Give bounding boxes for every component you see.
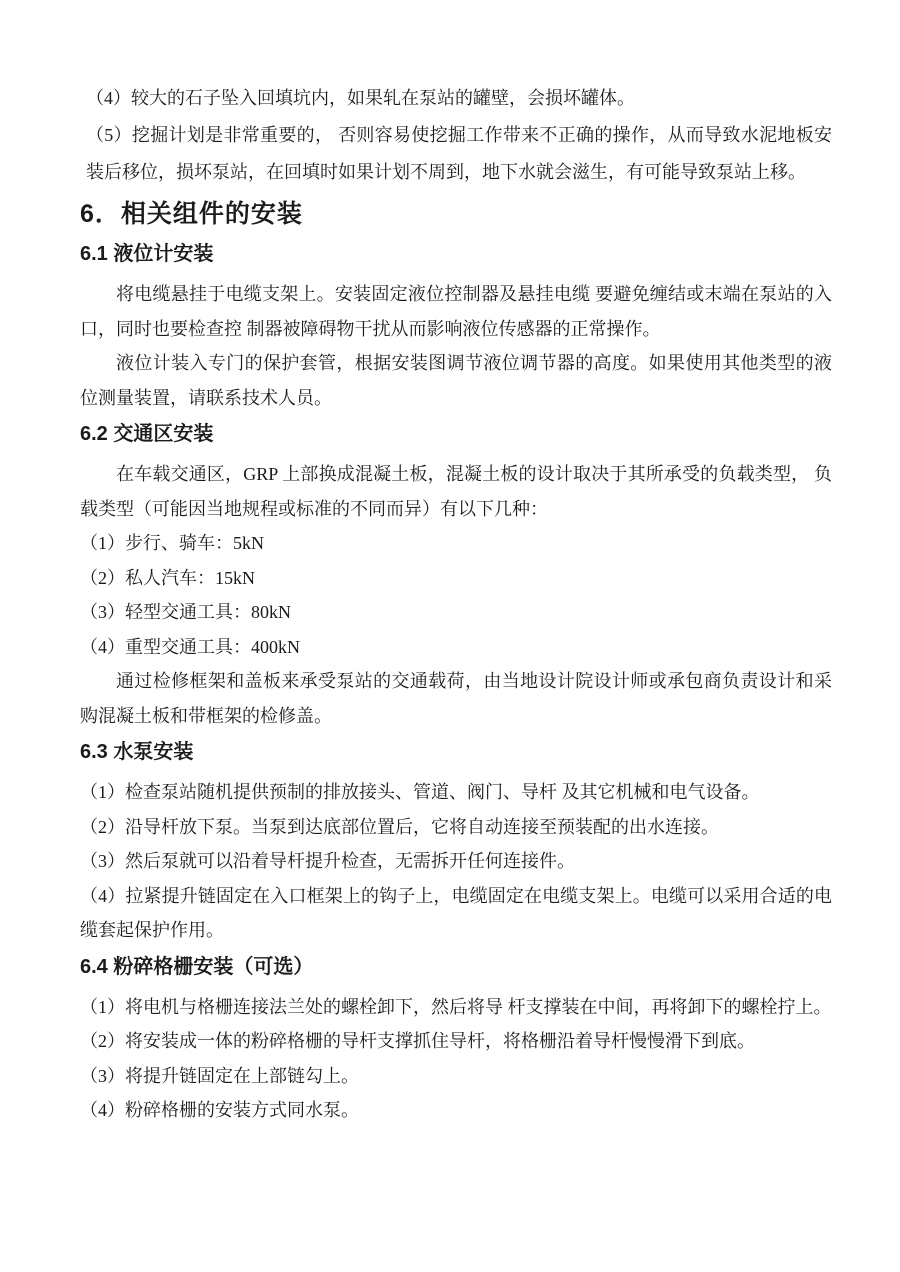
previous-section-items: （4）较大的石子坠入回填坑内，如果轧在泵站的罐壁，会损坏罐体。 （5）挖掘计划是… bbox=[80, 80, 832, 191]
list-item: （2）私人汽车：15kN bbox=[80, 561, 832, 596]
list-item: （2）将安装成一体的粉碎格栅的导杆支撑抓住导杆，将格栅沿着导杆慢慢滑下到底。 bbox=[80, 1024, 832, 1059]
list-item: （3）将提升链固定在上部链勾上。 bbox=[80, 1059, 832, 1094]
list-item: （3）然后泵就可以沿着导杆提升检查，无需拆开任何连接件。 bbox=[80, 844, 832, 879]
list-item: （2）沿导杆放下泵。当泵到达底部位置后，它将自动连接至预装配的出水连接。 bbox=[80, 810, 832, 845]
section-heading-6-1: 6.1 液位计安装 bbox=[80, 241, 832, 268]
list-item: （4）重型交通工具：400kN bbox=[80, 630, 832, 665]
load-type-list: （1）步行、骑车：5kN （2）私人汽车：15kN （3）轻型交通工具：80kN… bbox=[80, 526, 832, 664]
paragraph: 在车载交通区，GRP 上部换成混凝土板，混凝土板的设计取决于其所承受的负载类型，… bbox=[80, 457, 832, 526]
list-item: （4）拉紧提升链固定在入口框架上的钩子上，电缆固定在电缆支架上。电缆可以采用合适… bbox=[80, 879, 832, 948]
section-heading-6-3: 6.3 水泵安装 bbox=[80, 739, 832, 766]
paragraph: 通过检修框架和盖板来承受泵站的交通载荷，由当地设计院设计师或承包商负责设计和采购… bbox=[80, 664, 832, 733]
document-content: （4）较大的石子坠入回填坑内，如果轧在泵站的罐壁，会损坏罐体。 （5）挖掘计划是… bbox=[0, 0, 900, 1128]
list-item: （1）将电机与格栅连接法兰处的螺栓卸下，然后将导 杆支撑装在中间，再将卸下的螺栓… bbox=[80, 990, 832, 1025]
list-item: （1）步行、骑车：5kN bbox=[80, 526, 832, 561]
paragraph: 液位计装入专门的保护套管，根据安装图调节液位调节器的高度。如果使用其他类型的液位… bbox=[80, 346, 832, 415]
numbered-item: （4）较大的石子坠入回填坑内，如果轧在泵站的罐壁，会损坏罐体。 bbox=[80, 80, 832, 117]
pump-install-steps: （1）检查泵站随机提供预制的排放接头、管道、阀门、导杆 及其它机械和电气设备。 … bbox=[80, 775, 832, 948]
section-heading-6-4: 6.4 粉碎格栅安装（可选） bbox=[80, 954, 832, 981]
numbered-item: （5）挖掘计划是非常重要的， 否则容易使挖掘工作带来不正确的操作，从而导致水泥地… bbox=[80, 117, 832, 191]
list-item: （1）检查泵站随机提供预制的排放接头、管道、阀门、导杆 及其它机械和电气设备。 bbox=[80, 775, 832, 810]
grinder-install-steps: （1）将电机与格栅连接法兰处的螺栓卸下，然后将导 杆支撑装在中间，再将卸下的螺栓… bbox=[80, 990, 832, 1128]
document-page: （4）较大的石子坠入回填坑内，如果轧在泵站的罐壁，会损坏罐体。 （5）挖掘计划是… bbox=[0, 0, 900, 1272]
list-item: （3）轻型交通工具：80kN bbox=[80, 595, 832, 630]
section-heading-6-2: 6.2 交通区安装 bbox=[80, 421, 832, 448]
list-item: （4）粉碎格栅的安装方式同水泵。 bbox=[80, 1093, 832, 1128]
chapter-heading: 6．相关组件的安装 bbox=[80, 198, 832, 231]
paragraph: 将电缆悬挂于电缆支架上。安装固定液位控制器及悬挂电缆 要避免缠结或末端在泵站的入… bbox=[80, 277, 832, 346]
